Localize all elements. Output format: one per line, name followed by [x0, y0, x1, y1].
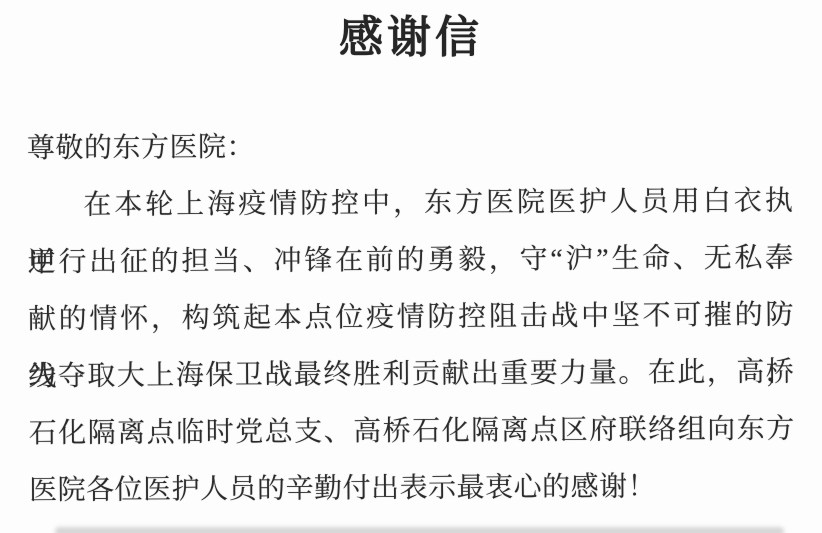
scan-artifact-bottom: [55, 527, 784, 533]
letter-paragraph-line-1: 在本轮上海疫情防控中，东方医院医护人员用白衣执甲、: [27, 173, 793, 235]
letter-body: 尊敬的东方医院： 在本轮上海疫情防控中，东方医院医护人员用白衣执甲、 逆行出征的…: [27, 116, 795, 520]
letter-paragraph-line-6: 医院各位医护人员的辛勤付出表示最衷心的感谢！: [29, 458, 795, 520]
letter-salutation: 尊敬的东方医院：: [27, 116, 793, 178]
letter-paragraph-line-3: 献的情怀，构筑起本点位疫情防控阻击战中坚不可摧的防线，: [28, 287, 794, 349]
letter-title: 感谢信: [0, 12, 822, 64]
letter-paragraph-line-5: 石化隔离点临时党总支、高桥石化隔离点区府联络组向东方: [29, 401, 795, 463]
letter-paragraph-line-2: 逆行出征的担当、冲锋在前的勇毅，守“沪”生命、无私奉: [27, 230, 793, 292]
scanned-thank-you-letter: 感谢信 尊敬的东方医院： 在本轮上海疫情防控中，东方医院医护人员用白衣执甲、 逆…: [0, 0, 822, 533]
letter-paragraph-line-4: 为夺取大上海保卫战最终胜利贡献出重要力量。在此，高桥: [28, 344, 794, 406]
